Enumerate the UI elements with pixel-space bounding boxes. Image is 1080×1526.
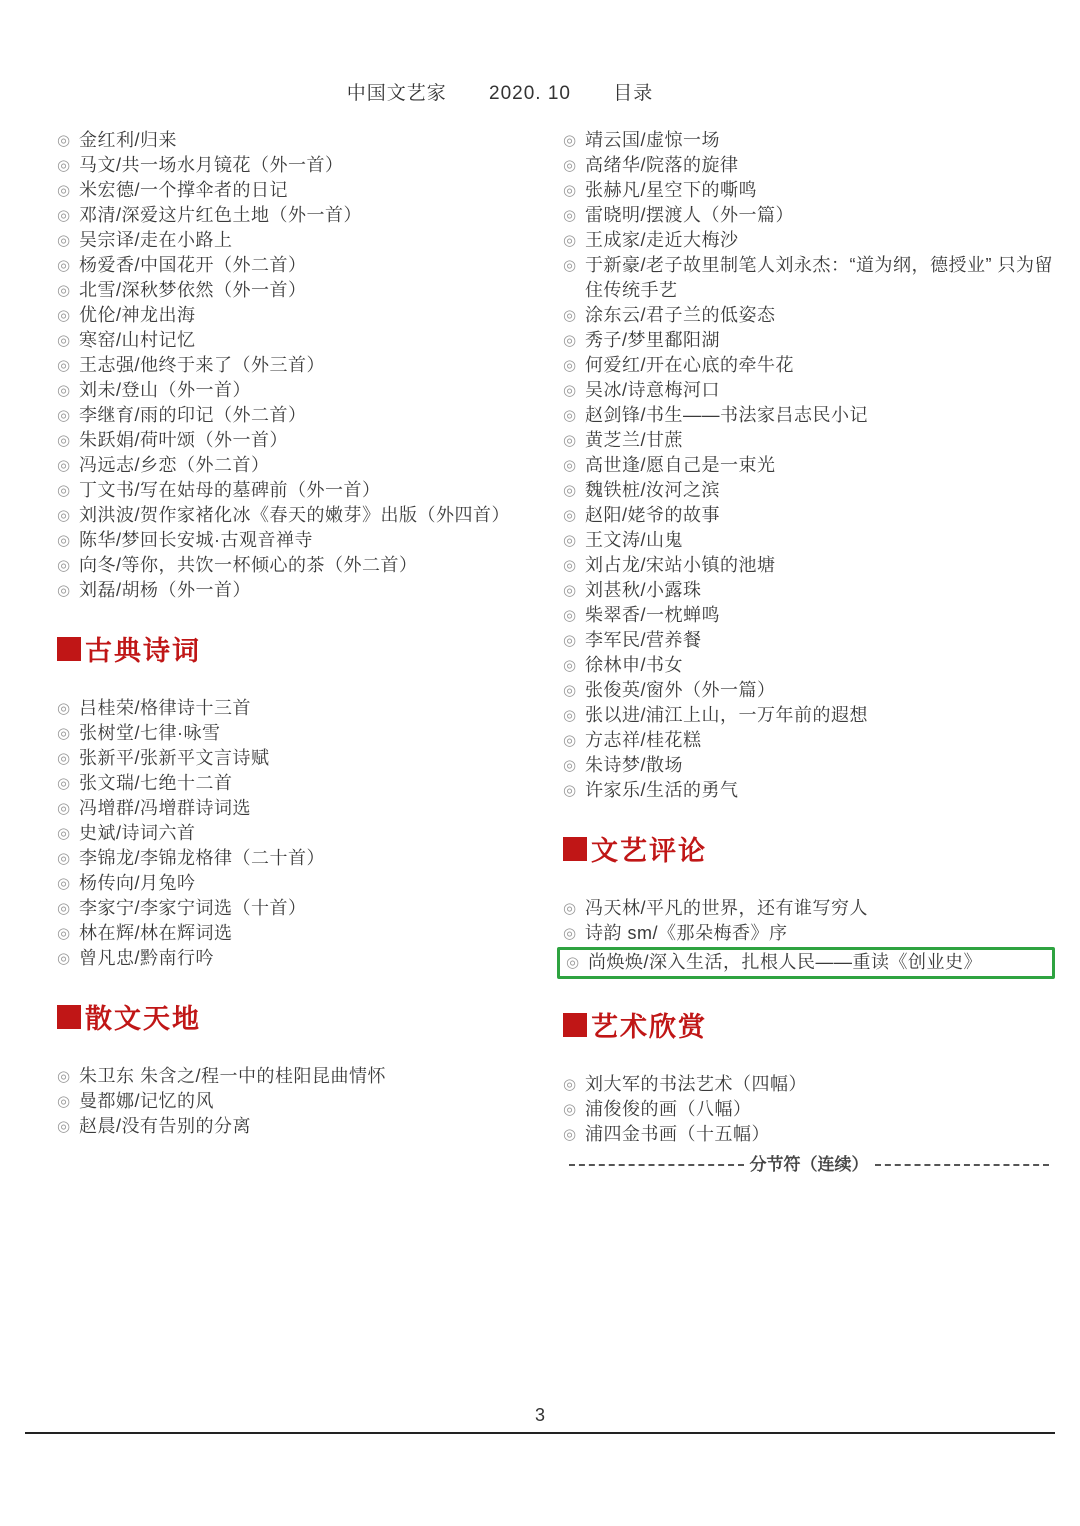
toc-item: ◎高绪华/院落的旋律 (563, 153, 1055, 178)
toc-item: ◎陈华/梦回长安城·古观音禅寺 (57, 528, 537, 553)
bullet-icon: ◎ (563, 553, 585, 578)
toc-item-text: 方志祥/桂花糕 (585, 728, 1055, 753)
toc-item: ◎林在辉/林在辉词选 (57, 921, 537, 946)
toc-item: ◎冯增群/冯增群诗词选 (57, 796, 537, 821)
toc-item: ◎浦四金书画（十五幅） (563, 1122, 1055, 1147)
bullet-icon: ◎ (57, 721, 79, 746)
bullet-icon: ◎ (563, 228, 585, 253)
toc-item-text: 王文涛/山鬼 (585, 528, 1055, 553)
bullet-icon: ◎ (57, 796, 79, 821)
toc-item-text: 刘磊/胡杨（外一首） (79, 578, 537, 603)
toc-item-text: 史斌/诗词六首 (79, 821, 537, 846)
section-header: 艺术欣赏 (563, 1005, 1055, 1044)
toc-item-text: 秀子/梦里鄱阳湖 (585, 328, 1055, 353)
toc-item-text: 马文/共一场水月镜花（外一首） (79, 153, 537, 178)
toc-item-text: 张文瑞/七绝十二首 (79, 771, 537, 796)
toc-item: ◎吴宗译/走在小路上 (57, 228, 537, 253)
section-marker-icon (563, 1013, 587, 1037)
toc-item: ◎赵阳/姥爷的故事 (563, 503, 1055, 528)
toc-item: ◎朱诗梦/散场 (563, 753, 1055, 778)
toc-item-text: 柴翠香/一枕蝉鸣 (585, 603, 1055, 628)
toc-item: ◎秀子/梦里鄱阳湖 (563, 328, 1055, 353)
issue-number: 2020. 10 (489, 83, 571, 104)
toc-item: ◎刘甚秋/小露珠 (563, 578, 1055, 603)
bullet-icon: ◎ (57, 896, 79, 921)
toc-item-text: 王成家/走近大梅沙 (585, 228, 1055, 253)
bullet-icon: ◎ (563, 578, 585, 603)
bullet-icon: ◎ (57, 871, 79, 896)
toc-item-text: 张俊英/窗外（外一篇） (585, 678, 1055, 703)
toc-item: ◎刘磊/胡杨（外一首） (57, 578, 537, 603)
bullet-icon: ◎ (57, 696, 79, 721)
bullet-icon: ◎ (57, 478, 79, 503)
toc-item: ◎丁文书/写在姑母的墓碑前（外一首） (57, 478, 537, 503)
toc-item: ◎曾凡忠/黔南行吟 (57, 946, 537, 971)
toc-item: ◎许家乐/生活的勇气 (563, 778, 1055, 803)
toc-item-text: 冯天林/平凡的世界，还有谁写穷人 (585, 896, 1055, 921)
bullet-icon: ◎ (57, 153, 79, 178)
toc-item: ◎张赫凡/星空下的嘶鸣 (563, 178, 1055, 203)
toc-item: ◎涂东云/君子兰的低姿态 (563, 303, 1055, 328)
bullet-icon: ◎ (566, 950, 588, 975)
toc-item: ◎北雪/深秋梦依然（外一首） (57, 278, 537, 303)
toc-item-text: 赵剑锋/书生——书法家吕志民小记 (585, 403, 1055, 428)
bullet-icon: ◎ (57, 1064, 79, 1089)
toc-item: ◎李锦龙/李锦龙格律（二十首） (57, 846, 537, 871)
bullet-icon: ◎ (57, 303, 79, 328)
bullet-icon: ◎ (563, 703, 585, 728)
toc-item-text: 朱卫东 朱含之/程一中的桂阳昆曲情怀 (79, 1064, 537, 1089)
bullet-icon: ◎ (563, 478, 585, 503)
toc-item-text: 朱跃娟/荷叶颂（外一首） (79, 428, 537, 453)
toc-item: ◎王志强/他终于来了（外三首） (57, 353, 537, 378)
toc-item: ◎李继育/雨的印记（外二首） (57, 403, 537, 428)
bullet-icon: ◎ (563, 628, 585, 653)
toc-item: ◎冯天林/平凡的世界，还有谁写穷人 (563, 896, 1055, 921)
bullet-icon: ◎ (563, 528, 585, 553)
toc-item-text: 张以进/浦江上山，一万年前的遐想 (585, 703, 1055, 728)
bullet-icon: ◎ (563, 678, 585, 703)
toc-item: ◎李家宁/李家宁词选（十首） (57, 896, 537, 921)
bullet-icon: ◎ (563, 353, 585, 378)
bullet-icon: ◎ (57, 846, 79, 871)
bullet-icon: ◎ (563, 1122, 585, 1147)
footer-rule (25, 1432, 1055, 1434)
toc-item-text: 张树堂/七律·咏雪 (79, 721, 537, 746)
magazine-title: 中国文艺家 (347, 83, 447, 104)
toc-item: ◎方志祥/桂花糕 (563, 728, 1055, 753)
bullet-icon: ◎ (57, 203, 79, 228)
toc-item-text: 杨传向/月兔吟 (79, 871, 537, 896)
bullet-icon: ◎ (57, 746, 79, 771)
section-title: 艺术欣赏 (591, 1005, 707, 1044)
toc-item: ◎王成家/走近大梅沙 (563, 228, 1055, 253)
bullet-icon: ◎ (563, 503, 585, 528)
toc-item-text: 刘未/登山（外一首） (79, 378, 537, 403)
toc-label: 目录 (613, 83, 653, 104)
bullet-icon: ◎ (57, 278, 79, 303)
bullet-icon: ◎ (57, 1089, 79, 1114)
toc-item-text: 高绪华/院落的旋律 (585, 153, 1055, 178)
bullet-icon: ◎ (563, 153, 585, 178)
toc-item-text: 米宏德/一个撑伞者的日记 (79, 178, 537, 203)
section-break-separator: 分节符（连续） (563, 1153, 1055, 1177)
toc-item: ◎寒窑/山村记忆 (57, 328, 537, 353)
bullet-icon: ◎ (563, 303, 585, 328)
toc-item: ◎雷晓明/摆渡人（外一篇） (563, 203, 1055, 228)
toc-item: ◎张新平/张新平文言诗赋 (57, 746, 537, 771)
toc-item-text: 王志强/他终于来了（外三首） (79, 353, 537, 378)
section-title: 古典诗词 (85, 629, 201, 668)
bullet-icon: ◎ (57, 946, 79, 971)
bullet-icon: ◎ (563, 603, 585, 628)
section-title: 散文天地 (85, 997, 201, 1036)
toc-item-text: 朱诗梦/散场 (585, 753, 1055, 778)
section-header: 文艺评论 (563, 829, 1055, 868)
toc-item-text: 赵阳/姥爷的故事 (585, 503, 1055, 528)
toc-item: ◎金红利/归来 (57, 128, 537, 153)
toc-item-text: 刘大军的书法艺术（四幅） (585, 1072, 1055, 1097)
toc-item-text: 优伦/神龙出海 (79, 303, 537, 328)
toc-item-text: 邓清/深爱这片红色土地（外一首） (79, 203, 537, 228)
bullet-icon: ◎ (563, 178, 585, 203)
bullet-icon: ◎ (57, 503, 79, 528)
bullet-icon: ◎ (57, 428, 79, 453)
bullet-icon: ◎ (563, 778, 585, 803)
toc-item: ◎米宏德/一个撑伞者的日记 (57, 178, 537, 203)
toc-item: ◎刘占龙/宋站小镇的池塘 (563, 553, 1055, 578)
bullet-icon: ◎ (563, 728, 585, 753)
bullet-icon: ◎ (563, 453, 585, 478)
bullet-icon: ◎ (57, 253, 79, 278)
document-page: 中国文艺家 2020. 10 目录 ◎金红利/归来◎马文/共一场水月镜花（外一首… (0, 0, 1080, 1526)
toc-item-text: 刘洪波/贺作家褚化冰《春天的嫩芽》出版（外四首） (79, 503, 537, 528)
toc-item: ◎高世逢/愿自己是一束光 (563, 453, 1055, 478)
toc-item: ◎诗韵 sm/《那朵梅香》序 (563, 921, 1055, 946)
toc-item-text: 陈华/梦回长安城·古观音禅寺 (79, 528, 537, 553)
toc-item-text: 赵晨/没有告别的分离 (79, 1114, 537, 1139)
toc-item-text: 林在辉/林在辉词选 (79, 921, 537, 946)
toc-item-text: 曾凡忠/黔南行吟 (79, 946, 537, 971)
toc-item: ◎邓清/深爱这片红色土地（外一首） (57, 203, 537, 228)
toc-item-text: 李家宁/李家宁词选（十首） (79, 896, 537, 921)
toc-item-text: 吕桂荣/格律诗十三首 (79, 696, 537, 721)
toc-item: ◎吕桂荣/格律诗十三首 (57, 696, 537, 721)
toc-item: ◎李军民/营养餐 (563, 628, 1055, 653)
toc-item-text: 高世逢/愿自己是一束光 (585, 453, 1055, 478)
toc-item: ◎魏铁桩/汝河之滨 (563, 478, 1055, 503)
toc-item-text: 曼都娜/记忆的风 (79, 1089, 537, 1114)
bullet-icon: ◎ (57, 403, 79, 428)
bullet-icon: ◎ (57, 921, 79, 946)
bullet-icon: ◎ (563, 328, 585, 353)
toc-item: ◎朱跃娟/荷叶颂（外一首） (57, 428, 537, 453)
separator-label: 分节符（连续） (750, 1153, 869, 1177)
toc-item: ◎向冬/等你，共饮一杯倾心的茶（外二首） (57, 553, 537, 578)
toc-item: ◎黄芝兰/甘蔗 (563, 428, 1055, 453)
toc-item-text: 尚焕焕/深入生活，扎根人民——重读《创业史》 (588, 950, 1048, 975)
toc-item-text: 靖云国/虚惊一场 (585, 128, 1055, 153)
toc-item-text: 浦四金书画（十五幅） (585, 1122, 1055, 1147)
toc-item: ◎朱卫东 朱含之/程一中的桂阳昆曲情怀 (57, 1064, 537, 1089)
toc-item: ◎何爱红/开在心底的牵牛花 (563, 353, 1055, 378)
toc-item: ◎曼都娜/记忆的风 (57, 1089, 537, 1114)
toc-item-text: 金红利/归来 (79, 128, 537, 153)
bullet-icon: ◎ (57, 578, 79, 603)
toc-item: ◎靖云国/虚惊一场 (563, 128, 1055, 153)
toc-item-text: 向冬/等你，共饮一杯倾心的茶（外二首） (79, 553, 537, 578)
bullet-icon: ◎ (563, 921, 585, 946)
bullet-icon: ◎ (57, 178, 79, 203)
bullet-icon: ◎ (563, 896, 585, 921)
toc-item-text: 涂东云/君子兰的低姿态 (585, 303, 1055, 328)
bullet-icon: ◎ (563, 203, 585, 228)
bullet-icon: ◎ (57, 1114, 79, 1139)
toc-column-right: ◎靖云国/虚惊一场◎高绪华/院落的旋律◎张赫凡/星空下的嘶鸣◎雷晓明/摆渡人（外… (563, 128, 1055, 1177)
toc-item: ◎张以进/浦江上山，一万年前的遐想 (563, 703, 1055, 728)
toc-item-text: 张新平/张新平文言诗赋 (79, 746, 537, 771)
toc-item-text: 刘甚秋/小露珠 (585, 578, 1055, 603)
toc-item-text: 于新豪/老子故里制笔人刘永杰：“道为纲，德授业” 只为留住传统手艺 (585, 253, 1055, 303)
toc-item-text: 丁文书/写在姑母的墓碑前（外一首） (79, 478, 537, 503)
toc-item: ◎赵剑锋/书生——书法家吕志民小记 (563, 403, 1055, 428)
toc-item: ◎刘洪波/贺作家褚化冰《春天的嫩芽》出版（外四首） (57, 503, 537, 528)
toc-item: ◎刘未/登山（外一首） (57, 378, 537, 403)
toc-item-text: 李继育/雨的印记（外二首） (79, 403, 537, 428)
toc-item: ◎刘大军的书法艺术（四幅） (563, 1072, 1055, 1097)
bullet-icon: ◎ (57, 378, 79, 403)
toc-item-text: 吴宗译/走在小路上 (79, 228, 537, 253)
toc-item: ◎吴冰/诗意梅河口 (563, 378, 1055, 403)
toc-item-text: 浦俊俊的画（八幅） (585, 1097, 1055, 1122)
page-header: 中国文艺家 2020. 10 目录 (0, 78, 1000, 105)
toc-item-text: 冯远志/乡恋（外二首） (79, 453, 537, 478)
bullet-icon: ◎ (57, 453, 79, 478)
toc-item: ◎张俊英/窗外（外一篇） (563, 678, 1055, 703)
section-marker-icon (563, 837, 587, 861)
bullet-icon: ◎ (563, 653, 585, 678)
toc-item-text: 李锦龙/李锦龙格律（二十首） (79, 846, 537, 871)
toc-item-text: 黄芝兰/甘蔗 (585, 428, 1055, 453)
separator-dashes (569, 1164, 744, 1166)
bullet-icon: ◎ (563, 1072, 585, 1097)
bullet-icon: ◎ (57, 228, 79, 253)
toc-item: ◎徐林申/书女 (563, 653, 1055, 678)
bullet-icon: ◎ (57, 328, 79, 353)
toc-item-text: 魏铁桩/汝河之滨 (585, 478, 1055, 503)
section-header: 古典诗词 (57, 629, 537, 668)
toc-item-text: 许家乐/生活的勇气 (585, 778, 1055, 803)
toc-item-text: 雷晓明/摆渡人（外一篇） (585, 203, 1055, 228)
toc-item: ◎杨传向/月兔吟 (57, 871, 537, 896)
page-number: 3 (0, 1405, 1080, 1426)
toc-item-text: 冯增群/冯增群诗词选 (79, 796, 537, 821)
toc-item: ◎优伦/神龙出海 (57, 303, 537, 328)
separator-dashes (875, 1164, 1050, 1166)
toc-item: ◎于新豪/老子故里制笔人刘永杰：“道为纲，德授业” 只为留住传统手艺 (563, 253, 1055, 303)
toc-item-text: 徐林申/书女 (585, 653, 1055, 678)
bullet-icon: ◎ (563, 128, 585, 153)
toc-item: ◎马文/共一场水月镜花（外一首） (57, 153, 537, 178)
toc-item: ◎张文瑞/七绝十二首 (57, 771, 537, 796)
toc-item-text: 刘占龙/宋站小镇的池塘 (585, 553, 1055, 578)
toc-item-text: 北雪/深秋梦依然（外一首） (79, 278, 537, 303)
toc-item: ◎史斌/诗词六首 (57, 821, 537, 846)
toc-item: ◎赵晨/没有告别的分离 (57, 1114, 537, 1139)
bullet-icon: ◎ (563, 753, 585, 778)
section-header: 散文天地 (57, 997, 537, 1036)
bullet-icon: ◎ (57, 553, 79, 578)
section-marker-icon (57, 637, 81, 661)
toc-item: ◎柴翠香/一枕蝉鸣 (563, 603, 1055, 628)
highlight-box: ◎尚焕焕/深入生活，扎根人民——重读《创业史》 (557, 947, 1055, 979)
bullet-icon: ◎ (57, 128, 79, 153)
bullet-icon: ◎ (57, 821, 79, 846)
toc-item-text: 何爱红/开在心底的牵牛花 (585, 353, 1055, 378)
bullet-icon: ◎ (563, 403, 585, 428)
section-marker-icon (57, 1005, 81, 1029)
bullet-icon: ◎ (563, 428, 585, 453)
toc-item-text: 杨爱香/中国花开（外二首） (79, 253, 537, 278)
toc-item-text: 吴冰/诗意梅河口 (585, 378, 1055, 403)
bullet-icon: ◎ (563, 1097, 585, 1122)
bullet-icon: ◎ (563, 378, 585, 403)
toc-item-text: 张赫凡/星空下的嘶鸣 (585, 178, 1055, 203)
toc-item: ◎浦俊俊的画（八幅） (563, 1097, 1055, 1122)
toc-item-text: 诗韵 sm/《那朵梅香》序 (585, 921, 1055, 946)
toc-item-text: 李军民/营养餐 (585, 628, 1055, 653)
toc-item: ◎杨爱香/中国花开（外二首） (57, 253, 537, 278)
toc-item: ◎王文涛/山鬼 (563, 528, 1055, 553)
bullet-icon: ◎ (57, 771, 79, 796)
toc-item: ◎张树堂/七律·咏雪 (57, 721, 537, 746)
toc-item: ◎尚焕焕/深入生活，扎根人民——重读《创业史》 (566, 950, 1048, 975)
bullet-icon: ◎ (57, 528, 79, 553)
toc-item: ◎冯远志/乡恋（外二首） (57, 453, 537, 478)
toc-item-text: 寒窑/山村记忆 (79, 328, 537, 353)
toc-column-left: ◎金红利/归来◎马文/共一场水月镜花（外一首）◎米宏德/一个撑伞者的日记◎邓清/… (57, 128, 537, 1139)
bullet-icon: ◎ (563, 253, 585, 278)
section-title: 文艺评论 (591, 829, 707, 868)
bullet-icon: ◎ (57, 353, 79, 378)
